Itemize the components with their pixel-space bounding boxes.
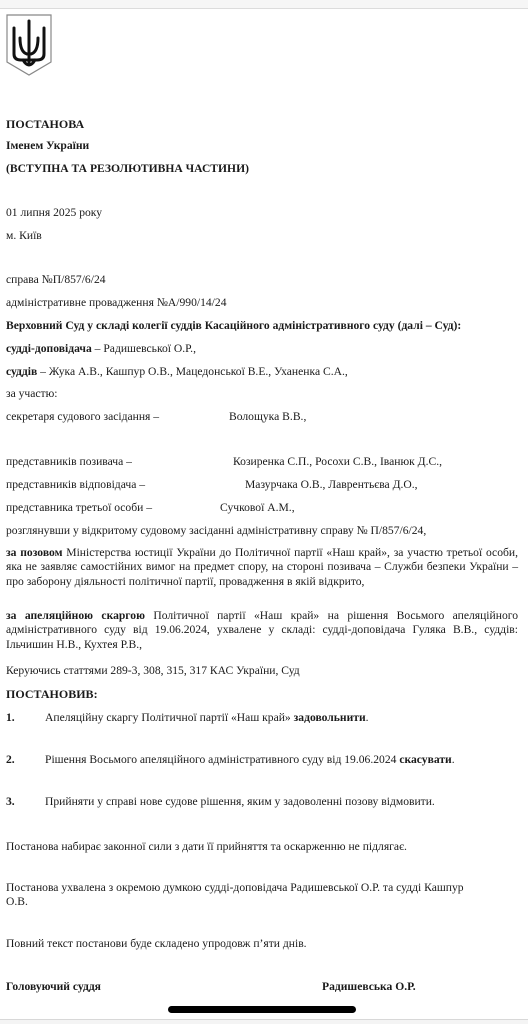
considered-statement: розглянувши у відкритому судовому засіда… — [6, 524, 426, 538]
home-indicator[interactable] — [168, 1006, 356, 1013]
participant-names: Волощука В.В., — [229, 410, 306, 424]
judges-value: – Жука А.В., Кашпур О.В., Мацедонської В… — [37, 365, 348, 378]
document-title: ПОСТАНОВА — [6, 117, 84, 131]
resolution-item: Прийняти у справі нове судове рішення, я… — [45, 795, 435, 809]
signature-role: Головуючий суддя — [6, 980, 101, 994]
claim-paragraph: за позовом Міністерства юстиції України … — [6, 546, 518, 589]
participant-role: представників відповідача – — [6, 478, 145, 492]
resolution-item: Апеляційну скаргу Політичної партії «Наш… — [45, 711, 369, 725]
appeal-lead: за апеляційною скаргою — [6, 609, 145, 622]
item-number: 1. — [6, 711, 15, 725]
document-subtitle: Іменем України — [6, 139, 89, 153]
claim-lead: за позовом — [6, 546, 62, 559]
signature-name: Радишевська О.Р. — [322, 980, 416, 994]
item-number: 2. — [6, 753, 15, 767]
reporting-judge-value: – Радишевської О.Р., — [92, 342, 196, 355]
case-number: справа №П/857/6/24 — [6, 273, 106, 287]
claim-text: Міністерства юстиції України до Політичн… — [6, 546, 518, 588]
guided-by: Керуючись статтями 289-3, 308, 315, 317 … — [6, 664, 300, 678]
judges-label: суддів — [6, 365, 37, 378]
participant-names: Мазурчака О.В., Лаврентьєва Д.О., — [245, 478, 418, 492]
proceeding-number: адміністративне провадження №А/990/14/24 — [6, 296, 227, 310]
resolved-heading: ПОСТАНОВИВ: — [6, 687, 98, 701]
document-date: 01 липня 2025 року — [6, 206, 102, 220]
bottom-edge — [0, 1019, 528, 1024]
participation-label: за участю: — [6, 387, 58, 401]
court-composition: Верховний Суд у складі колегії суддів Ка… — [6, 319, 461, 333]
item-number: 3. — [6, 795, 15, 809]
participant-role: представника третьої особи – — [6, 501, 152, 515]
document-section: (ВСТУПНА ТА РЕЗОЛЮТИВНА ЧАСТИНИ) — [6, 162, 249, 176]
effect-statement: Постанова набирає законної сили з дати ї… — [6, 840, 407, 854]
resolution-item: Рішення Восьмого апеляційного адміністра… — [45, 753, 455, 767]
item-text: Апеляційну скаргу Політичної партії «Наш… — [45, 711, 294, 724]
item-decision: задовольнити — [294, 711, 366, 724]
coat-of-arms-icon — [5, 12, 53, 78]
participant-role: секретаря судового засідання – — [6, 410, 159, 424]
top-toolbar — [0, 0, 528, 9]
item-text: Прийняти у справі нове судове рішення, я… — [45, 795, 435, 808]
participant-role: представників позивача – — [6, 455, 132, 469]
item-decision: скасувати — [399, 753, 451, 766]
item-text: Рішення Восьмого апеляційного адміністра… — [45, 753, 399, 766]
dissent-statement: Постанова ухвалена з окремою думкою судд… — [6, 881, 476, 910]
full-text-note: Повний текст постанови буде складено упр… — [6, 937, 307, 951]
reporting-judge: судді-доповідача – Радишевської О.Р., — [6, 342, 196, 356]
document-city: м. Київ — [6, 229, 42, 243]
participant-names: Козиренка С.П., Росохи С.В., Іванюк Д.С.… — [233, 455, 442, 469]
judges: суддів – Жука А.В., Кашпур О.В., Мацедон… — [6, 365, 348, 379]
participant-names: Сучкової А.М., — [220, 501, 295, 515]
appeal-paragraph: за апеляційною скаргою Політичної партії… — [6, 609, 518, 652]
item-tail: . — [366, 711, 369, 724]
reporting-judge-label: судді-доповідача — [6, 342, 92, 355]
item-tail: . — [452, 753, 455, 766]
